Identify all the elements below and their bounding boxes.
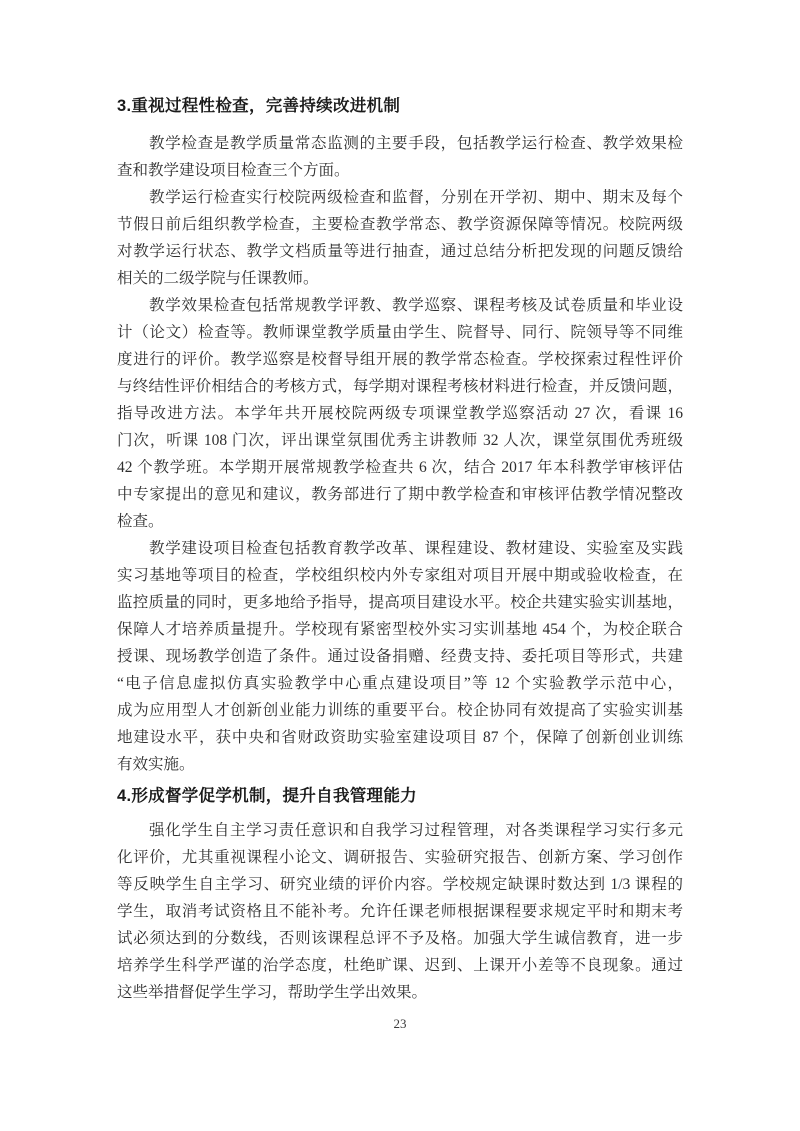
document-content: 3.重视过程性检查，完善持续改进机制教学检查是教学质量常态监测的主要手段，包括教…	[117, 96, 683, 1006]
text-line: 成为应用型人才创新创业能力训练的重要平台。校企协同有效提高了实验实训基	[117, 697, 683, 724]
text-line: 强化学生自主学习责任意识和自我学习过程管理，对各类课程学习实行多元	[117, 817, 683, 844]
section-heading-3: 3.重视过程性检查，完善持续改进机制	[117, 96, 683, 116]
text-line: 与终结性评价相结合的考核方式，每学期对课程考核材料进行检查，并反馈问题，	[117, 373, 683, 400]
document-page: 3.重视过程性检查，完善持续改进机制教学检查是教学质量常态监测的主要手段，包括教…	[0, 0, 800, 1131]
text-line: 计（论文）检查等。教师课堂教学质量由学生、院督导、同行、院领导等不同维	[117, 319, 683, 346]
text-line: 相关的二级学院与任课教师。	[117, 265, 683, 292]
text-line: 门次，听课 108 门次，评出课堂氛围优秀主讲教师 32 人次，课堂氛围优秀班级	[117, 427, 683, 454]
text-line: 试必须达到的分数线，否则该课程总评不予及格。加强大学生诚信教育，进一步	[117, 925, 683, 952]
paragraph: 教学运行检查实行校院两级检查和监督，分别在开学初、期中、期末及每个节假日前后组织…	[117, 184, 683, 292]
text-line: 查和教学建设项目检查三个方面。	[117, 157, 683, 184]
text-line: “电子信息虚拟仿真实验教学中心重点建设项目”等 12 个实验教学示范中心，	[117, 670, 683, 697]
text-line: 监控质量的同时，更多地给予指导，提高项目建设水平。校企共建实验实训基地，	[117, 589, 683, 616]
text-line: 教学建设项目检查包括教育教学改革、课程建设、教材建设、实验室及实践	[117, 535, 683, 562]
text-line: 检查。	[117, 508, 683, 535]
text-line: 教学检查是教学质量常态监测的主要手段，包括教学运行检查、教学效果检	[117, 130, 683, 157]
text-line: 对教学运行状态、教学文档质量等进行抽查，通过总结分析把发现的问题反馈给	[117, 238, 683, 265]
page-number: 23	[0, 1016, 800, 1032]
text-line: 保障人才培养质量提升。学校现有紧密型校外实习实训基地 454 个，为校企联合	[117, 616, 683, 643]
paragraph: 强化学生自主学习责任意识和自我学习过程管理，对各类课程学习实行多元化评价，尤其重…	[117, 817, 683, 1006]
text-line: 等反映学生自主学习、研究业绩的评价内容。学校规定缺课时数达到 1/3 课程的	[117, 871, 683, 898]
text-line: 授课、现场教学创造了条件。通过设备捐赠、经费支持、委托项目等形式，共建	[117, 643, 683, 670]
text-line: 42 个教学班。本学期开展常规教学检查共 6 次，结合 2017 年本科教学审核…	[117, 454, 683, 481]
text-line: 这些举措督促学生学习，帮助学生学出效果。	[117, 979, 683, 1006]
text-line: 地建设水平，获中央和省财政资助实验室建设项目 87 个，保障了创新创业训练	[117, 724, 683, 751]
text-line: 化评价，尤其重视课程小论文、调研报告、实验研究报告、创新方案、学习创作	[117, 844, 683, 871]
paragraph: 教学建设项目检查包括教育教学改革、课程建设、教材建设、实验室及实践实习基地等项目…	[117, 535, 683, 778]
text-line: 教学运行检查实行校院两级检查和监督，分别在开学初、期中、期末及每个	[117, 184, 683, 211]
text-line: 培养学生科学严谨的治学态度，杜绝旷课、迟到、上课开小差等不良现象。通过	[117, 952, 683, 979]
text-line: 实习基地等项目的检查，学校组织校内外专家组对项目开展中期或验收检查，在	[117, 562, 683, 589]
paragraph: 教学效果检查包括常规教学评教、教学巡察、课程考核及试卷质量和毕业设计（论文）检查…	[117, 292, 683, 535]
paragraph: 教学检查是教学质量常态监测的主要手段，包括教学运行检查、教学效果检查和教学建设项…	[117, 130, 683, 184]
text-line: 有效实施。	[117, 751, 683, 778]
text-line: 学生，取消考试资格且不能补考。允许任课老师根据课程要求规定平时和期末考	[117, 898, 683, 925]
text-line: 节假日前后组织教学检查，主要检查教学常态、教学资源保障等情况。校院两级	[117, 211, 683, 238]
text-line: 中专家提出的意见和建议，教务部进行了期中教学检查和审核评估教学情况整改	[117, 481, 683, 508]
text-line: 指导改进方法。本学年共开展校院两级专项课堂教学巡察活动 27 次，看课 16	[117, 400, 683, 427]
text-line: 教学效果检查包括常规教学评教、教学巡察、课程考核及试卷质量和毕业设	[117, 292, 683, 319]
section-heading-4: 4.形成督学促学机制，提升自我管理能力	[117, 786, 683, 806]
text-line: 度进行的评价。教学巡察是校督导组开展的教学常态检查。学校探索过程性评价	[117, 346, 683, 373]
